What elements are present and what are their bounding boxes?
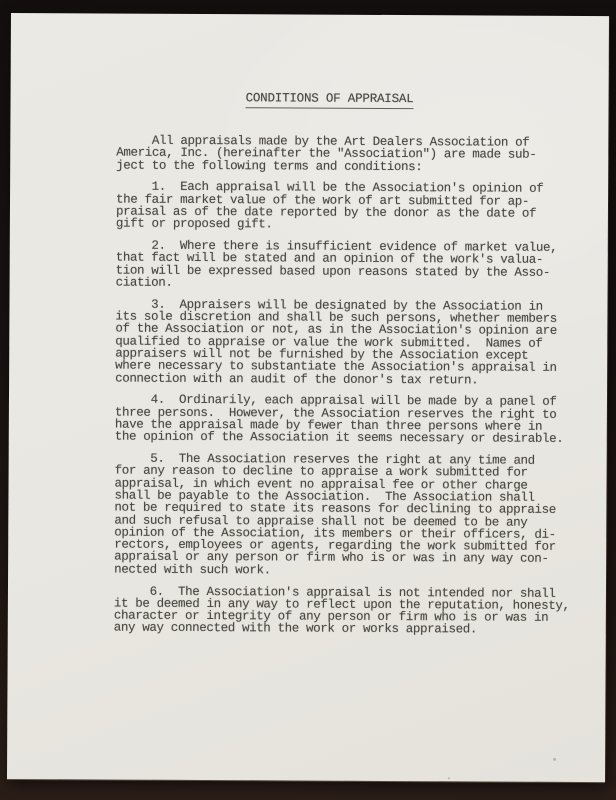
paragraph-term-4: 4. Ordinarily, each appraisal will be ma… <box>115 394 585 446</box>
paragraph-term-3: 3. Appraisers will be designated by the … <box>115 298 585 387</box>
dust-speck <box>448 777 450 779</box>
paragraph-term-5: 5. The Association reserves the right at… <box>114 453 585 578</box>
paragraph-term-2: 2. Where there is insufficient evidence … <box>116 240 586 292</box>
document-title: CONDITIONS OF APPRAISAL <box>246 92 414 109</box>
photo-background: CONDITIONS OF APPRAISAL All appraisals m… <box>0 0 616 800</box>
paragraph-preamble: All appraisals made by the Art Dealers A… <box>116 135 586 174</box>
title-row: CONDITIONS OF APPRAISAL <box>11 87 609 110</box>
paragraph-term-1: 1. Each appraisal will be the Associatio… <box>116 181 586 233</box>
paragraph-term-6: 6. The Association's appraisal is not in… <box>114 585 584 637</box>
dust-speck <box>553 758 556 761</box>
document-page: CONDITIONS OF APPRAISAL All appraisals m… <box>7 13 609 782</box>
document-body: All appraisals made by the Art Dealers A… <box>114 135 587 647</box>
